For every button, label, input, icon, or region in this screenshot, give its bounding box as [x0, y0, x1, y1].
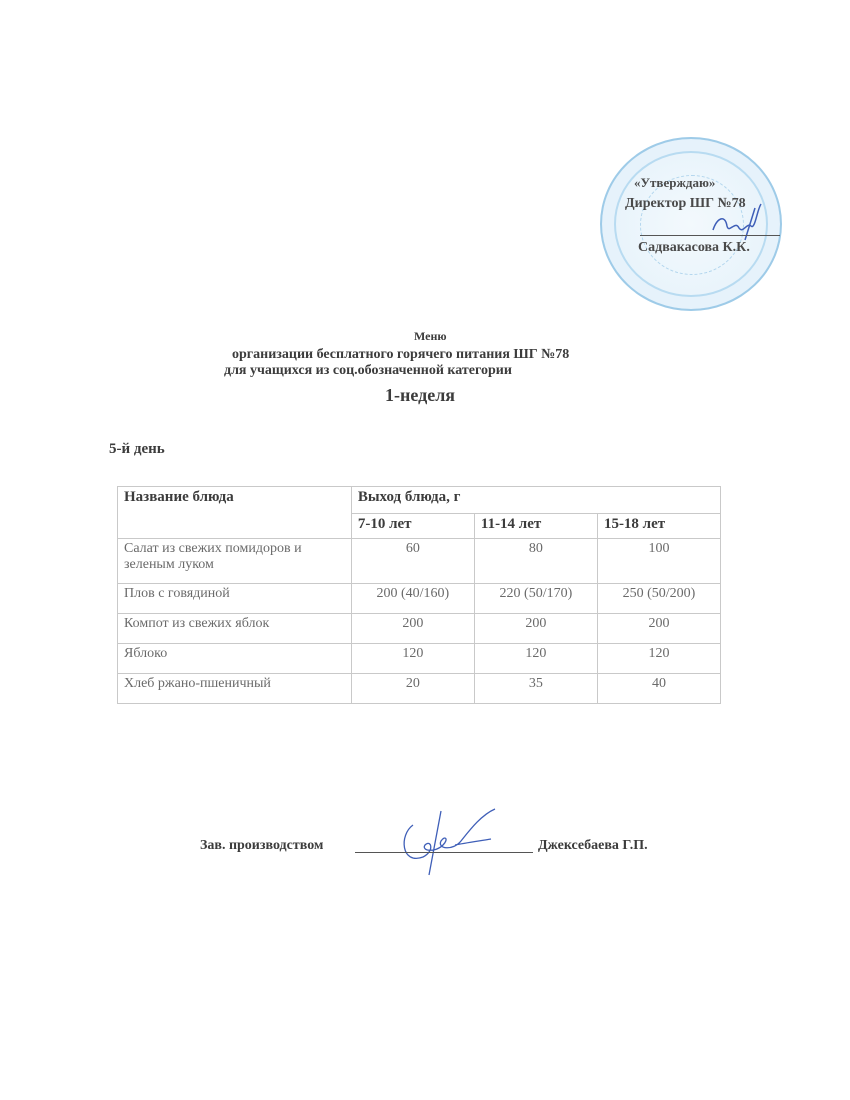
approval-title: «Утверждаю» — [634, 175, 715, 191]
table-row: Компот из свежих яблок200200200 — [118, 614, 721, 644]
yield-value: 35 — [474, 674, 597, 704]
yield-value: 250 (50/200) — [597, 584, 720, 614]
day-label: 5-й день — [109, 441, 165, 458]
yield-value: 20 — [351, 674, 474, 704]
doc-subtitle-organization: организации бесплатного горячего питания… — [232, 347, 569, 363]
menu-table: Название блюда Выход блюда, г 7-10 лет 1… — [117, 486, 721, 704]
dish-name: Салат из свежих помидоров и зеленым луко… — [118, 539, 352, 584]
table-row: Хлеб ржано-пшеничный203540 — [118, 674, 721, 704]
yield-value: 120 — [597, 644, 720, 674]
yield-value: 200 — [597, 614, 720, 644]
approval-name: Садвакасова К.К. — [638, 240, 750, 256]
footer-signature-line — [355, 852, 533, 853]
header-dish-name: Название блюда — [118, 487, 352, 539]
yield-value: 200 (40/160) — [351, 584, 474, 614]
week-label: 1-неделя — [385, 385, 455, 406]
yield-value: 120 — [474, 644, 597, 674]
dish-name: Яблоко — [118, 644, 352, 674]
yield-value: 40 — [597, 674, 720, 704]
yield-value: 120 — [351, 644, 474, 674]
approval-signature-line — [640, 235, 780, 236]
yield-value: 100 — [597, 539, 720, 584]
header-age-7-10: 7-10 лет — [351, 514, 474, 539]
dish-name: Хлеб ржано-пшеничный — [118, 674, 352, 704]
yield-value: 80 — [474, 539, 597, 584]
yield-value: 200 — [474, 614, 597, 644]
yield-value: 220 (50/170) — [474, 584, 597, 614]
doc-subtitle-audience: для учащихся из соц.обозначенной категор… — [224, 363, 512, 379]
yield-value: 60 — [351, 539, 474, 584]
footer-name: Джексебаева Г.П. — [538, 838, 648, 854]
doc-title: Меню — [414, 329, 447, 344]
director-signature — [705, 200, 765, 245]
table-row: Плов с говядиной200 (40/160)220 (50/170)… — [118, 584, 721, 614]
dish-name: Плов с говядиной — [118, 584, 352, 614]
table-row: Салат из свежих помидоров и зеленым луко… — [118, 539, 721, 584]
footer-role: Зав. производством — [200, 838, 323, 854]
header-yield: Выход блюда, г — [351, 487, 720, 514]
dish-name: Компот из свежих яблок — [118, 614, 352, 644]
header-age-15-18: 15-18 лет — [597, 514, 720, 539]
yield-value: 200 — [351, 614, 474, 644]
manager-signature — [395, 805, 505, 885]
header-age-11-14: 11-14 лет — [474, 514, 597, 539]
table-row: Яблоко120120120 — [118, 644, 721, 674]
